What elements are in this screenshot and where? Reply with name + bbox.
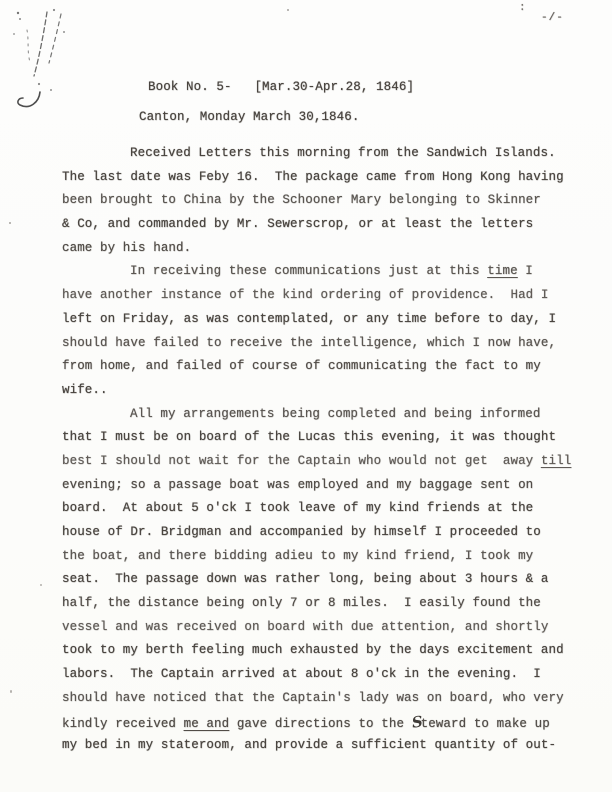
- text-segment: took to my berth feeling much exhausted …: [62, 643, 564, 657]
- paper-speck: [9, 222, 11, 224]
- paper-speck: [10, 690, 12, 693]
- typed-line: left on Friday, as was contemplated, or …: [62, 308, 592, 332]
- book-heading: Book No. 5- [Mar.30-Apr.28, 1846]: [148, 80, 414, 94]
- heading-spacer: [232, 80, 255, 94]
- typed-line: came by his hand.: [62, 237, 592, 261]
- text-segment: board. At about 5 o'ck I took leave of m…: [62, 501, 533, 515]
- text-segment: should have noticed that the Captain's l…: [62, 691, 564, 705]
- text-segment: left on Friday, as was contemplated, or …: [62, 312, 556, 326]
- text-segment: have another instance of the kind orderi…: [62, 288, 548, 302]
- text-segment: labors. The Captain arrived at about 8 o…: [62, 667, 541, 681]
- text-segment: came by his hand.: [62, 241, 191, 255]
- typed-line: vessel and was received on board with du…: [62, 616, 592, 640]
- typed-line: my bed in my stateroom, and provide a su…: [62, 734, 592, 758]
- typed-line: kindly received me and gave directions t…: [62, 711, 592, 735]
- typed-line: been brought to China by the Schooner Ma…: [62, 189, 592, 213]
- entry-dateline: Canton, Monday March 30,1846.: [139, 110, 359, 124]
- text-segment: All my arrangements being completed and …: [130, 407, 540, 421]
- typed-line: All my arrangements being completed and …: [62, 403, 592, 427]
- text-segment: & Co, and commanded by Mr. Sewerscrop, o…: [62, 217, 533, 231]
- text-segment: the boat, and there bidding adieu to my …: [62, 549, 533, 563]
- typed-line: house of Dr. Bridgman and accompanied by…: [62, 521, 592, 545]
- text-segment: The last date was Feby 16. The package c…: [62, 170, 564, 184]
- text-segment: my bed in my stateroom, and provide a su…: [62, 738, 556, 752]
- text-segment: Received Letters this morning from the S…: [130, 146, 556, 160]
- text-segment: I: [518, 264, 533, 278]
- typed-line: best I should not wait for the Captain w…: [62, 450, 592, 474]
- text-segment: wife..: [62, 383, 108, 397]
- text-segment: me and: [184, 717, 230, 731]
- document-body: Received Letters this morning from the S…: [62, 142, 592, 758]
- typed-line: have another instance of the kind orderi…: [62, 284, 592, 308]
- typed-line: should have failed to receive the intell…: [62, 332, 592, 356]
- text-segment: gave directions to the: [229, 717, 411, 731]
- typed-line: Received Letters this morning from the S…: [62, 142, 592, 166]
- text-segment: been brought to China by the Schooner Ma…: [62, 193, 541, 207]
- typed-line: seat. The passage down was rather long, …: [62, 568, 592, 592]
- typed-line: & Co, and commanded by Mr. Sewerscrop, o…: [62, 213, 592, 237]
- typed-line: half, the distance being only 7 or 8 mil…: [62, 592, 592, 616]
- scanned-diary-page: : -/- Book No. 5- [Mar.30-Apr.28, 1846] …: [0, 0, 612, 792]
- text-segment: In receiving these communications just a…: [130, 264, 487, 278]
- book-number: Book No. 5-: [148, 80, 232, 94]
- text-segment: teward to make up: [421, 717, 550, 731]
- text-segment: half, the distance being only 7 or 8 mil…: [62, 596, 541, 610]
- paper-speck: [40, 584, 42, 586]
- book-date-range: [Mar.30-Apr.28, 1846]: [254, 80, 414, 94]
- paper-speck: [287, 9, 289, 11]
- text-segment: should have failed to receive the intell…: [62, 336, 556, 350]
- corner-top-mark: :: [519, 2, 526, 14]
- typed-line: took to my berth feeling much exhausted …: [62, 639, 592, 663]
- typed-line: board. At about 5 o'ck I took leave of m…: [62, 497, 592, 521]
- text-segment: from home, and failed of course of commu…: [62, 359, 541, 373]
- text-segment: evening; so a passage boat was employed …: [62, 478, 533, 492]
- text-segment: best I should not wait for the Captain w…: [62, 454, 541, 468]
- text-segment: vessel and was received on board with du…: [62, 620, 548, 634]
- typed-line: The last date was Feby 16. The package c…: [62, 166, 592, 190]
- page-number-mark: -/-: [541, 12, 564, 24]
- text-segment: kindly received: [62, 717, 184, 731]
- typed-line: labors. The Captain arrived at about 8 o…: [62, 663, 592, 687]
- text-segment: that I must be on board of the Lucas thi…: [62, 430, 556, 444]
- typed-line: the boat, and there bidding adieu to my …: [62, 545, 592, 569]
- typed-line: In receiving these communications just a…: [62, 260, 592, 284]
- text-segment: till: [541, 454, 571, 468]
- typed-line: from home, and failed of course of commu…: [62, 355, 592, 379]
- typed-line: wife..: [62, 379, 592, 403]
- handwritten-scribble-marks: [6, 4, 78, 119]
- handwritten-s-annotation: S: [410, 710, 424, 735]
- text-segment: house of Dr. Bridgman and accompanied by…: [62, 525, 541, 539]
- typed-line: evening; so a passage boat was employed …: [62, 474, 592, 498]
- typed-line: that I must be on board of the Lucas thi…: [62, 426, 592, 450]
- typed-line: should have noticed that the Captain's l…: [62, 687, 592, 711]
- text-segment: seat. The passage down was rather long, …: [62, 572, 548, 586]
- text-segment: time: [487, 264, 517, 278]
